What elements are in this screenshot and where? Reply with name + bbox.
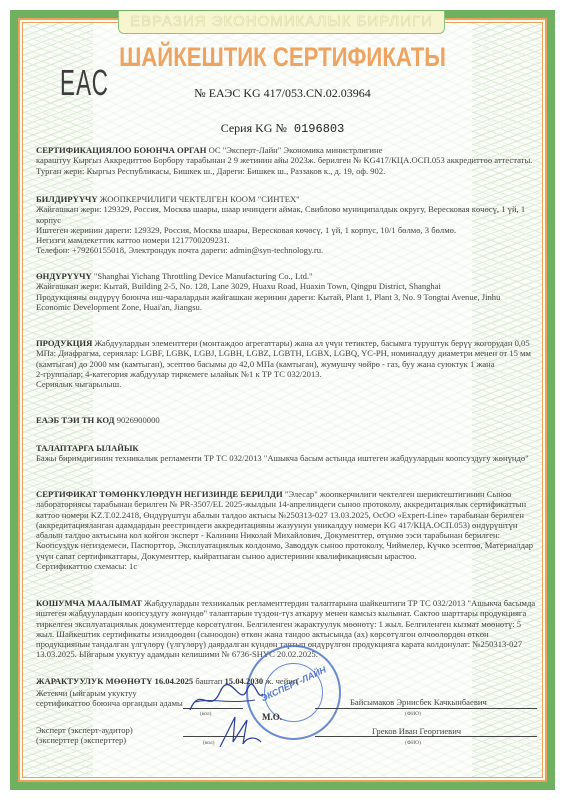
product-line: Жабдуулардын элементтери (монтаждоо агре… [94, 338, 529, 348]
basis-line: абалын талдоо актысына кол койгон экспер… [36, 530, 537, 540]
guilloche-pattern-right [472, 23, 542, 777]
tn-ved-value: 9026900000 [117, 415, 160, 425]
series-line: Серия KG № 0196803 [0, 121, 565, 136]
product-label: ПРОДУКЦИЯ [36, 338, 92, 348]
manufacturer-line: Жайгашкан жери: Кытай, Building 2-5, No.… [36, 281, 537, 291]
expert-label-line: Эксперт (эксперт-аудитор) [36, 725, 537, 735]
product-line: 2-группалар; 4-категория жабдуулар тирке… [36, 369, 537, 379]
validity-to-suffix: ж. чейин [265, 676, 297, 686]
expert-sign-caption: (кол) [203, 740, 214, 746]
guilloche-pattern-left [23, 23, 93, 777]
applicant-name: ЖООПКЕРЧИЛИГИ ЧЕКТЕЛГЕН КООМ "СИНТЕХ" [100, 194, 300, 204]
applicant-line: Телефон: +79260155018, Электрондук почта… [36, 245, 537, 255]
stamp-place-mark: М.О. [262, 712, 282, 722]
certificate-number: № ЕАЭС KG 417/053.CN.02.03964 [0, 86, 565, 101]
conformity-label: ТАЛАПТАРГА ЫЛАЙЫК [36, 443, 537, 453]
expert-fio-caption: (ФИО) [405, 740, 421, 746]
additional-info-line: тиркелген эксплуатациялык документтерде … [36, 619, 537, 629]
applicant-section: БИЛДИРҮҮЧҮ ЖООПКЕРЧИЛИГИ ЧЕКТЕЛГЕН КООМ … [36, 194, 537, 256]
manufacturer-line: Economic Development Zone, Huai'an, Jian… [36, 302, 537, 312]
basis-line: каттоо номери KZ.T.02.2418, Өндүрүштүн а… [36, 510, 537, 520]
certification-body-section: СЕРТИФИКАЦИЯЛОО БОЮНЧА ОРГАН ОС "Эксперт… [36, 145, 537, 176]
basis-line: (аккредитацияланган адамдардын реестринд… [36, 520, 537, 530]
applicant-label: БИЛДИРҮҮЧҮ [36, 194, 98, 204]
head-name: Байсымаков Эрнисбек Качкынбаевич [350, 697, 487, 707]
certificate-title: ШАЙКЕШТИК СЕРТИФИКАТЫ [51, 42, 514, 73]
tn-ved-section: ЕАЭБ ТЭИ ТН КОД 9026900000 [36, 415, 537, 425]
manufacturer-label: ӨНДҮРҮҮЧҮ [36, 271, 92, 281]
applicant-line: Иштеген жеринин дареги: 129329, Россия, … [36, 225, 537, 235]
product-line: Сериялык чыгарылыш. [36, 379, 537, 389]
expert-fio-line [315, 736, 537, 737]
manufacturer-name: "Shanghai Yichang Throttling Device Manu… [94, 271, 313, 281]
product-line: (камтыган) до 2000 мм (камтыган), эсептө… [36, 359, 537, 369]
certification-body-line: караштуу Кыргыз Аккредиттөө Борбору тара… [36, 155, 537, 165]
series-number: 0196803 [294, 122, 344, 136]
expert-name: Греков Иван Георгиевич [372, 726, 461, 736]
product-line: МПа: Диафрагма, сериялар: LGBF, LGBK, LG… [36, 348, 537, 358]
union-banner: ЕВРАЗИЯ ЭКОНОМИКАЛЫК БИРЛИГИ [118, 11, 445, 34]
head-sign-caption: (кол) [200, 711, 211, 717]
basis-line: үчүн сапат сертификаттары, Документтер, … [36, 551, 537, 561]
product-section: ПРОДУКЦИЯ Жабдуулардын элементтери (монт… [36, 338, 537, 389]
basis-line: Сертификаттоо схемасы: 1с [36, 561, 537, 571]
applicant-line: Жайгашкан жери: 129329, Россия, Москва ш… [36, 204, 537, 214]
basis-section: СЕРТИФИКАТ ТӨМӨНКҮЛӨРДҮН НЕГИЗИНДЕ БЕРИЛ… [36, 489, 537, 571]
certification-body-label: СЕРТИФИКАЦИЯЛОО БОЮНЧА ОРГАН [36, 145, 206, 155]
applicant-line: Негизги мамлекеттик каттоо номери 121770… [36, 235, 537, 245]
certification-body-line: ОС "Эксперт-Лайн" Экономика министрлигин… [209, 145, 383, 155]
additional-info-line: жыл. Шайкештик сертификаты изилдөөдөн (с… [36, 629, 537, 639]
applicant-line: корпус [36, 215, 537, 225]
manufacturer-section: ӨНДҮРҮҮЧҮ "Shanghai Yichang Throttling D… [36, 271, 537, 312]
validity-label: ЖАРАКТУУЛУК МӨӨНӨТҮ [36, 676, 152, 686]
basis-line: "Элесар" жоопкерчилиги чектелген шерикте… [285, 489, 512, 499]
head-fio-line [315, 708, 537, 709]
validity-section: ЖАРАКТУУЛУК МӨӨНӨТҮ 16.04.2025 баштап 15… [36, 676, 537, 686]
basis-line: лабораториясы тарабынан берилген № PR-35… [36, 499, 537, 509]
basis-line: Коопсуздук негиздемеси, Паспорттор, Эксп… [36, 540, 537, 550]
additional-info-line: Жабдуулардын техникалык регламенттердин … [144, 598, 535, 608]
union-banner-text: ЕВРАЗИЯ ЭКОНОМИКАЛЫК БИРЛИГИ [130, 13, 433, 30]
basis-label: СЕРТИФИКАТ ТӨМӨНКҮЛӨРДҮН НЕГИЗИНДЕ БЕРИЛ… [36, 489, 283, 499]
additional-info-label: КОШУМЧА МААЛЫМАТ [36, 598, 142, 608]
expert-signature-icon [215, 712, 265, 752]
head-fio-caption: (ФИО) [405, 711, 421, 717]
conformity-text: Бажы биримдигинин техникалык регламенти … [36, 453, 537, 463]
conformity-section: ТАЛАПТАРГА ЫЛАЙЫК Бажы биримдигинин техн… [36, 443, 537, 464]
series-label: Серия KG № [221, 121, 287, 135]
certification-body-line: Турган жери: Кыргыз Республикасы, Бишкек… [36, 166, 537, 176]
additional-info-line: иштеген жабдуулардын коопсуздугу жөнүндө… [36, 608, 537, 618]
manufacturer-line: Продукцияны өндүрүү боюнча иш-чаралардын… [36, 292, 537, 302]
tn-ved-label: ЕАЭБ ТЭИ ТН КОД [36, 415, 115, 425]
